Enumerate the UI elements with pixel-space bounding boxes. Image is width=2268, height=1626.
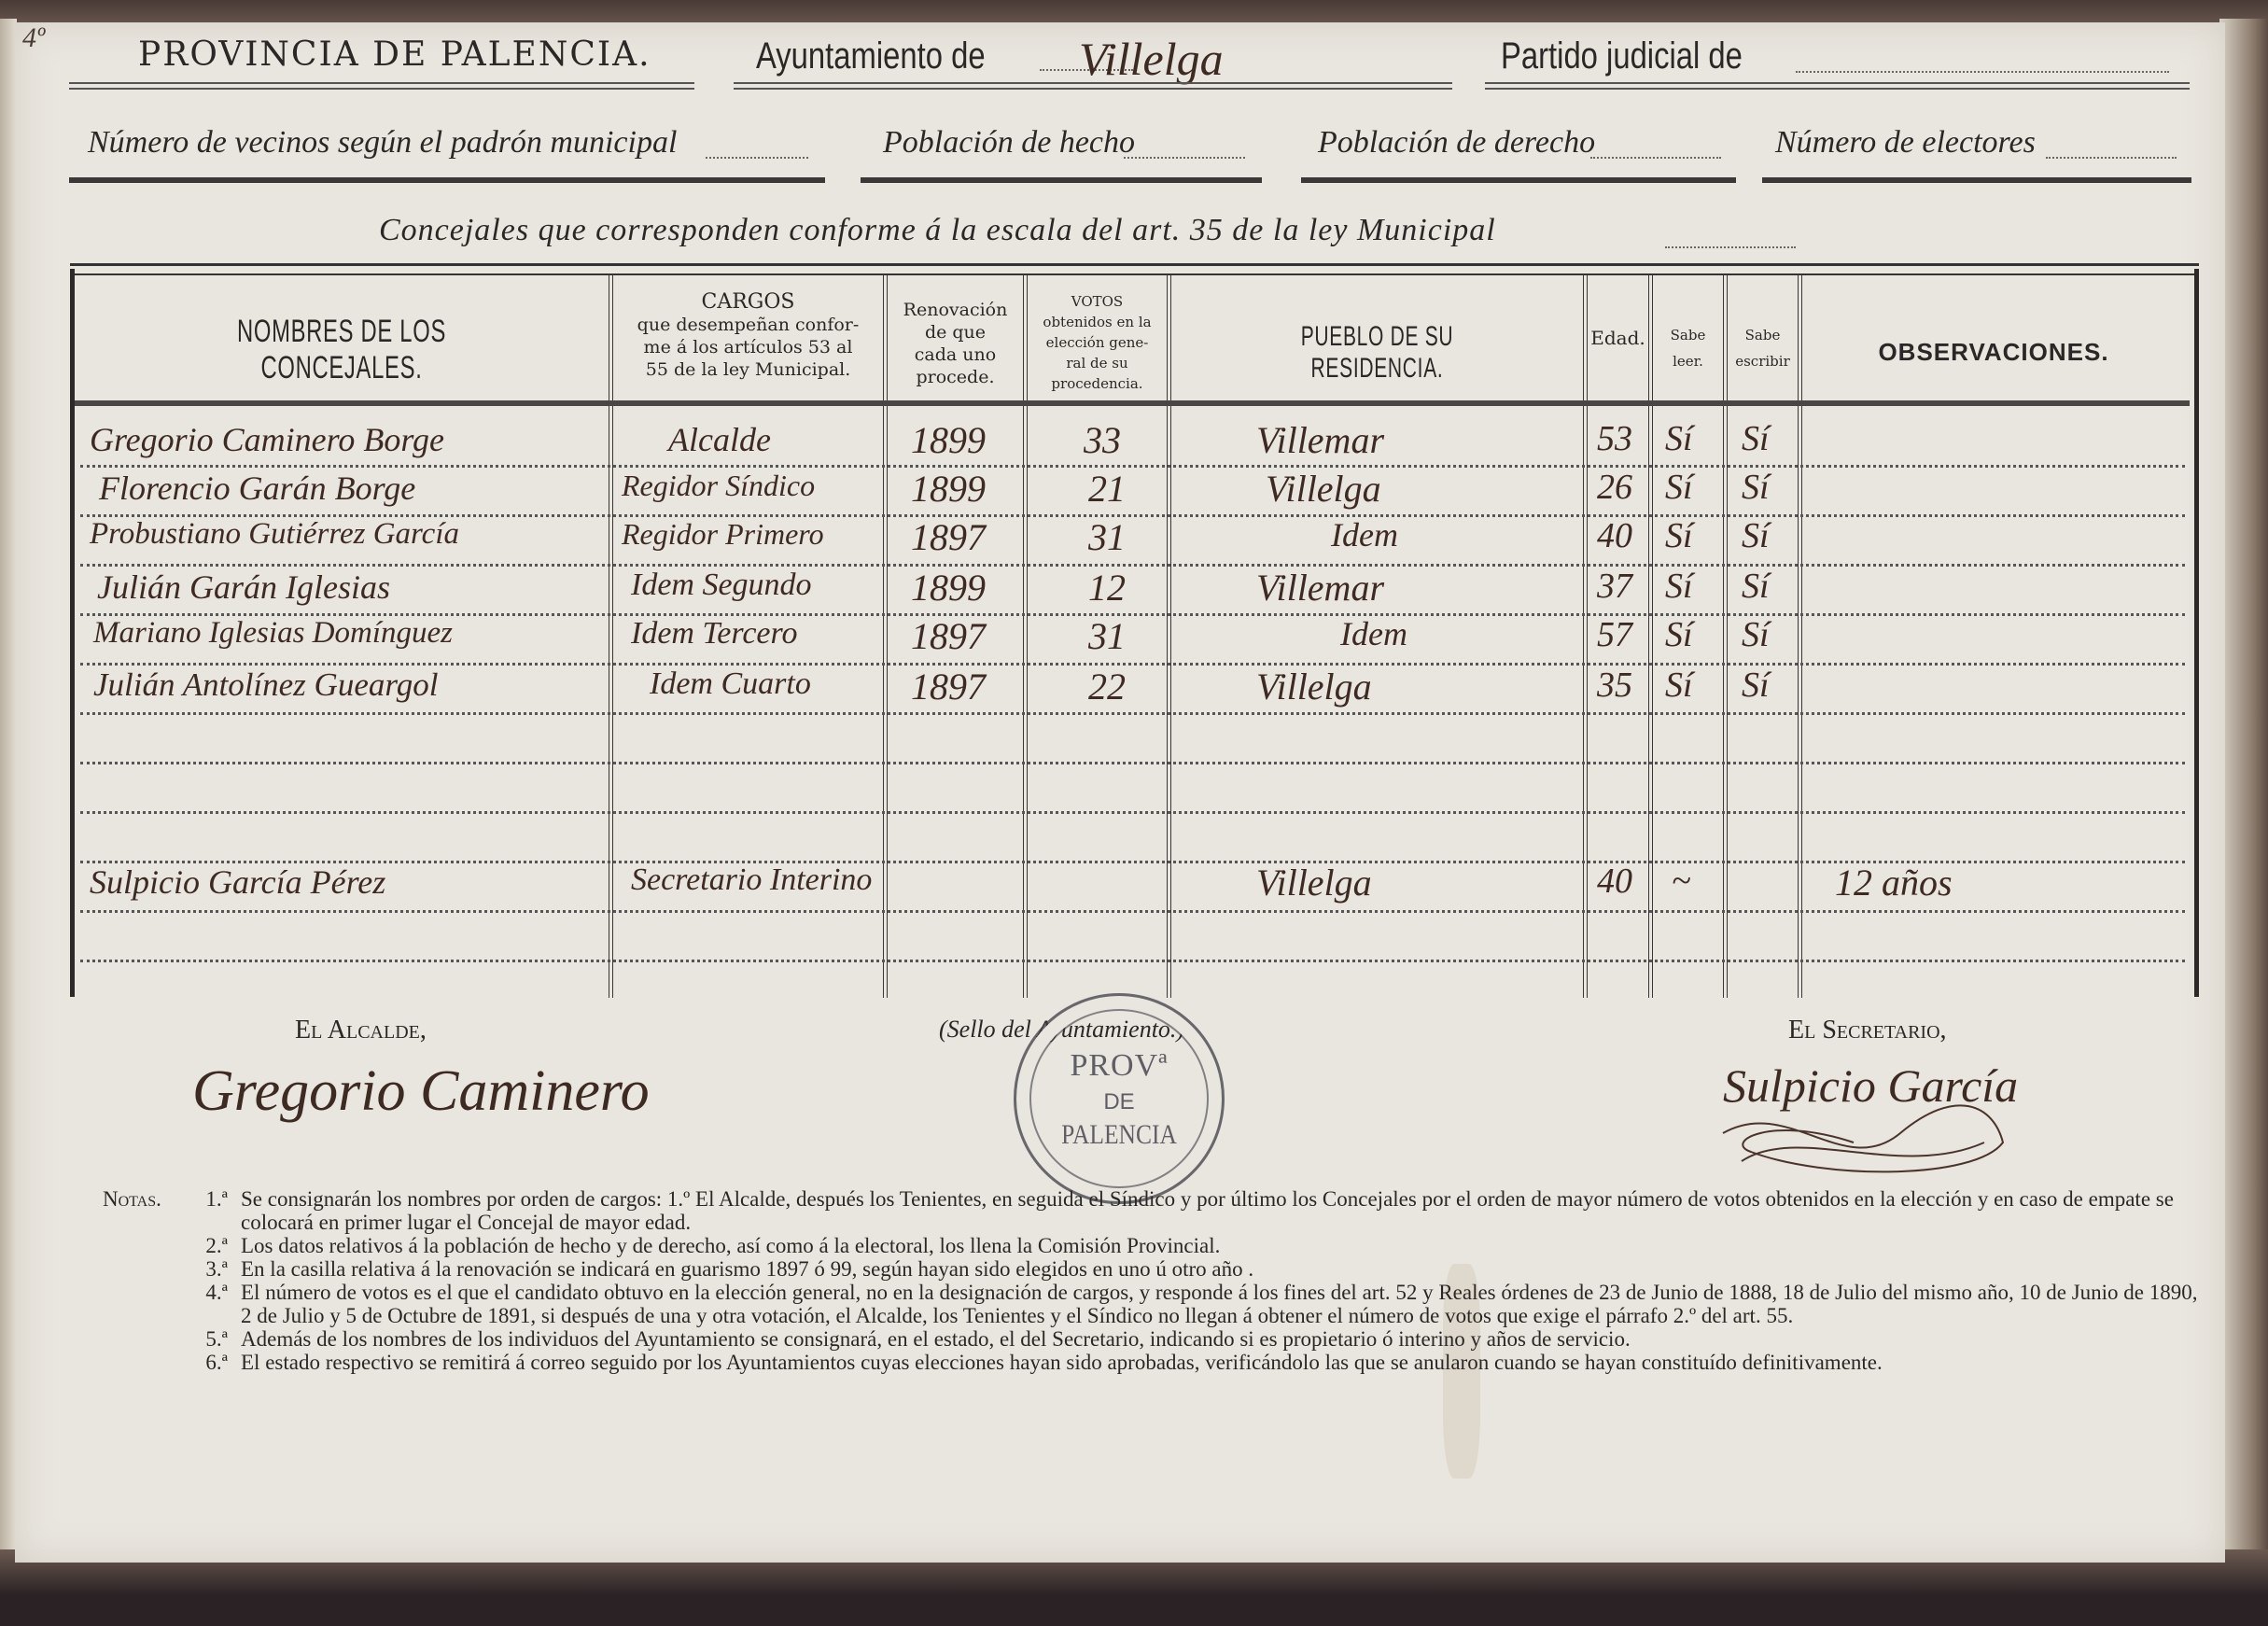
row-line [80,465,2185,468]
document-page: 4º PROVINCIA DE PALENCIA. Ayuntamiento d… [15,22,2225,1563]
cell-pueblo[interactable]: Idem [1340,614,1407,653]
rule [69,177,825,183]
renovacion-text: cada uno [888,343,1023,366]
column-divider [1723,274,1728,998]
row-line [80,811,2185,814]
cell-pueblo[interactable]: Villelga [1266,467,1381,511]
column-divider [609,274,613,998]
rule [734,82,1452,90]
cell-leer-dash: ~ [1672,861,1691,902]
row-line [80,663,2185,666]
cell-cargo[interactable]: Regidor Síndico [622,469,815,503]
cell-leer[interactable]: Sí [1665,515,1693,556]
cell-votos[interactable]: 31 [1088,515,1126,559]
cell-edad[interactable]: 57 [1597,614,1632,655]
secretario-label: El Secretario, [1788,1016,1947,1045]
cell-votos[interactable]: 31 [1088,614,1126,658]
rule [1762,177,2191,183]
leer-text: leer. [1653,351,1723,371]
row-line [80,712,2185,715]
cell-votos[interactable]: 12 [1088,566,1126,610]
cell-votos[interactable]: 33 [1084,418,1121,462]
right-page-edge [2219,19,2268,1587]
cargos-sub: 55 de la ley Municipal. [613,358,883,381]
cell-renovacion[interactable]: 1897 [911,515,986,559]
cell-leer[interactable]: Sí [1665,418,1693,459]
cell-edad[interactable]: 35 [1597,665,1632,706]
cell-cargo[interactable]: Idem Tercero [631,616,797,652]
alcalde-label: El Alcalde, [295,1016,427,1045]
cell-pueblo[interactable]: Villelga [1256,861,1372,904]
seal-line: PALENCIA [1032,1119,1207,1151]
column-header-renovacion: Renovación de que cada uno procede. [888,299,1023,388]
concejales-label: Concejales que corresponden conforme á l… [379,213,1496,248]
rule [1301,177,1736,183]
row-line [80,564,2185,567]
cell-edad[interactable]: 26 [1597,467,1632,508]
cargos-title: CARGOS [613,291,883,314]
leer-text: Sabe [1653,319,1723,351]
note-text: Además de los nombres de los individuos … [241,1327,2212,1351]
edad-text: Edad. [1588,327,1648,349]
note-number: 2.ª [187,1234,241,1257]
partido-label: Partido judicial de [1501,35,1743,77]
cell-pueblo[interactable]: Villemar [1256,418,1384,462]
note-number: 3.ª [187,1257,241,1281]
cell-nombre[interactable]: Julián Antolínez Gueargol [93,666,438,704]
cell-leer[interactable]: Sí [1665,566,1693,607]
municipal-seal: PROVª DE PALENCIA [1014,993,1225,1204]
cell-escribir[interactable]: Sí [1742,467,1770,508]
note-number: 5.ª [187,1327,241,1351]
column-header-votos: VOTOS obtenidos en la elección gene- ral… [1028,291,1167,394]
column-header-observaciones: OBSERVACIONES. [1802,338,2185,367]
table-header-rule [75,400,2190,406]
votos-text: procedencia. [1028,373,1167,394]
cell-renovacion[interactable]: 1897 [911,665,986,708]
column-header-nombres: NOMBRES DE LOS CONCEJALES. [75,314,609,386]
column-divider [1583,274,1588,998]
note-item: 2.ª Los datos relativos á la población d… [103,1234,2212,1257]
cell-nombre[interactable]: Julián Garán Iglesias [97,568,390,607]
cell-escribir[interactable]: Sí [1742,566,1770,607]
notes-label: Notas. [103,1187,187,1234]
cell-edad[interactable]: 37 [1597,566,1632,607]
cell-escribir[interactable]: Sí [1742,515,1770,556]
cell-renovacion[interactable]: 1899 [911,418,986,462]
cell-cargo[interactable]: Regidor Primero [622,517,824,552]
note-item: 4.ª El número de votos es el que el cand… [103,1281,2212,1327]
column-divider [1648,274,1653,998]
note-number: 4.ª [187,1281,241,1327]
alcalde-signature: Gregorio Caminero [192,1058,650,1125]
cell-edad[interactable]: 40 [1597,515,1632,556]
cell-pueblo[interactable]: Villelga [1256,665,1372,708]
cell-votos[interactable]: 21 [1088,467,1126,511]
escribir-text: escribir [1728,351,1798,371]
electores-label: Número de electores [1775,125,2036,161]
note-text: En la casilla relativa á la renovación s… [241,1257,2212,1281]
votos-text: VOTOS [1028,291,1167,312]
column-divider [1798,274,1802,998]
electores-value-field[interactable] [2046,157,2177,159]
row-line [80,960,2185,962]
column-header-sabe-leer: Sabe leer. [1653,319,1723,371]
note-text: Se consignarán los nombres por orden de … [241,1187,2212,1234]
nombres-header-text: NOMBRES DE LOS CONCEJALES. [155,314,528,386]
cell-cargo[interactable]: Alcalde [668,420,771,459]
poblacion-hecho-label: Población de hecho [883,125,1135,161]
escribir-text: Sabe [1728,319,1798,351]
province-title: PROVINCIA DE PALENCIA. [138,35,651,74]
cell-leer[interactable]: Sí [1665,614,1693,655]
cell-escribir[interactable]: Sí [1742,614,1770,655]
row-line [80,910,2185,913]
cell-leer[interactable]: Sí [1665,665,1693,706]
seal-line: DE [1016,1089,1222,1115]
vecinos-value-field[interactable] [706,157,808,159]
vecinos-label: Número de vecinos según el padrón munici… [88,125,677,161]
rule [861,177,1262,183]
renovacion-text: procede. [888,366,1023,388]
votos-text: elección gene- [1028,332,1167,353]
poblacion-hecho-value-field[interactable] [1124,157,1245,159]
notes-section: Notas. 1.ª Se consignarán los nombres po… [103,1187,2212,1374]
note-item: 3.ª En la casilla relativa á la renovaci… [103,1257,2212,1281]
partido-value-field[interactable] [1796,71,2169,73]
cell-renovacion[interactable]: 1899 [911,566,986,610]
cell-edad[interactable]: 40 [1597,861,1632,902]
note-number: 1.ª [187,1187,241,1234]
cell-cargo[interactable]: Idem Cuarto [650,666,811,702]
renovacion-text: Renovación [888,299,1023,321]
cell-nombre[interactable]: Florencio Garán Borge [99,469,415,508]
cargos-sub: me á los artículos 53 al [613,336,883,358]
note-item: 6.ª El estado respectivo se remitirá á c… [103,1351,2212,1374]
signature-flourish-icon [1714,1086,2012,1189]
note-text: El estado respectivo se remitirá á corre… [241,1351,2212,1374]
note-item: Notas. 1.ª Se consignarán los nombres po… [103,1187,2212,1234]
cargos-sub: que desempeñan confor- [613,314,883,336]
cell-nombre[interactable]: Sulpicio García Pérez [90,862,385,902]
concejales-value-field[interactable] [1665,246,1796,248]
ayuntamiento-label: Ayuntamiento de [756,35,986,77]
rule [1485,82,2190,90]
column-header-pueblo: PUEBLO DE SU RESIDENCIA. [1171,321,1583,385]
seal-line: PROVª [1016,1048,1222,1084]
observaciones-text: OBSERVACIONES. [1878,338,2108,366]
votos-text: obtenidos en la [1028,312,1167,332]
cell-leer[interactable]: Sí [1665,467,1693,508]
cell-pueblo[interactable]: Idem [1331,515,1398,554]
note-text: Los datos relativos á la población de he… [241,1234,2212,1257]
cell-renovacion[interactable]: 1897 [911,614,986,658]
note-number: 6.ª [187,1351,241,1374]
cell-cargo[interactable]: Idem Segundo [631,568,812,603]
cell-renovacion[interactable]: 1899 [911,467,986,511]
column-header-cargos: CARGOS que desempeñan confor- me á los a… [613,291,883,381]
cell-nombre[interactable]: Gregorio Caminero Borge [90,420,444,459]
cell-pueblo[interactable]: Villemar [1256,566,1384,610]
pueblo-header-text: PUEBLO DE SU RESIDENCIA. [1233,321,1521,385]
ayuntamiento-value[interactable]: Villelga [1079,32,1224,86]
poblacion-derecho-label: Población de derecho [1318,125,1595,161]
votos-text: ral de su [1028,353,1167,373]
cell-edad[interactable]: 53 [1597,418,1632,459]
cell-escribir[interactable]: Sí [1742,665,1770,706]
cell-escribir[interactable]: Sí [1742,418,1770,459]
rule [69,82,694,90]
cell-nombre[interactable]: Mariano Iglesias Domínguez [93,616,453,651]
column-header-sabe-escribir: Sabe escribir [1728,319,1798,371]
cell-votos[interactable]: 22 [1088,665,1126,708]
column-header-edad: Edad. [1588,327,1648,349]
poblacion-derecho-value-field[interactable] [1590,157,1721,159]
note-item: 5.ª Además de los nombres de los individ… [103,1327,2212,1351]
row-line [80,762,2185,764]
cell-cargo[interactable]: Secretario Interino [631,862,872,898]
renovacion-text: de que [888,321,1023,343]
note-text: El número de votos es el que el candidat… [241,1281,2212,1327]
cell-observaciones[interactable]: 12 años [1835,861,1953,904]
cell-nombre[interactable]: Probustiano Gutiérrez García [90,517,459,552]
page-number: 4º [22,22,45,54]
